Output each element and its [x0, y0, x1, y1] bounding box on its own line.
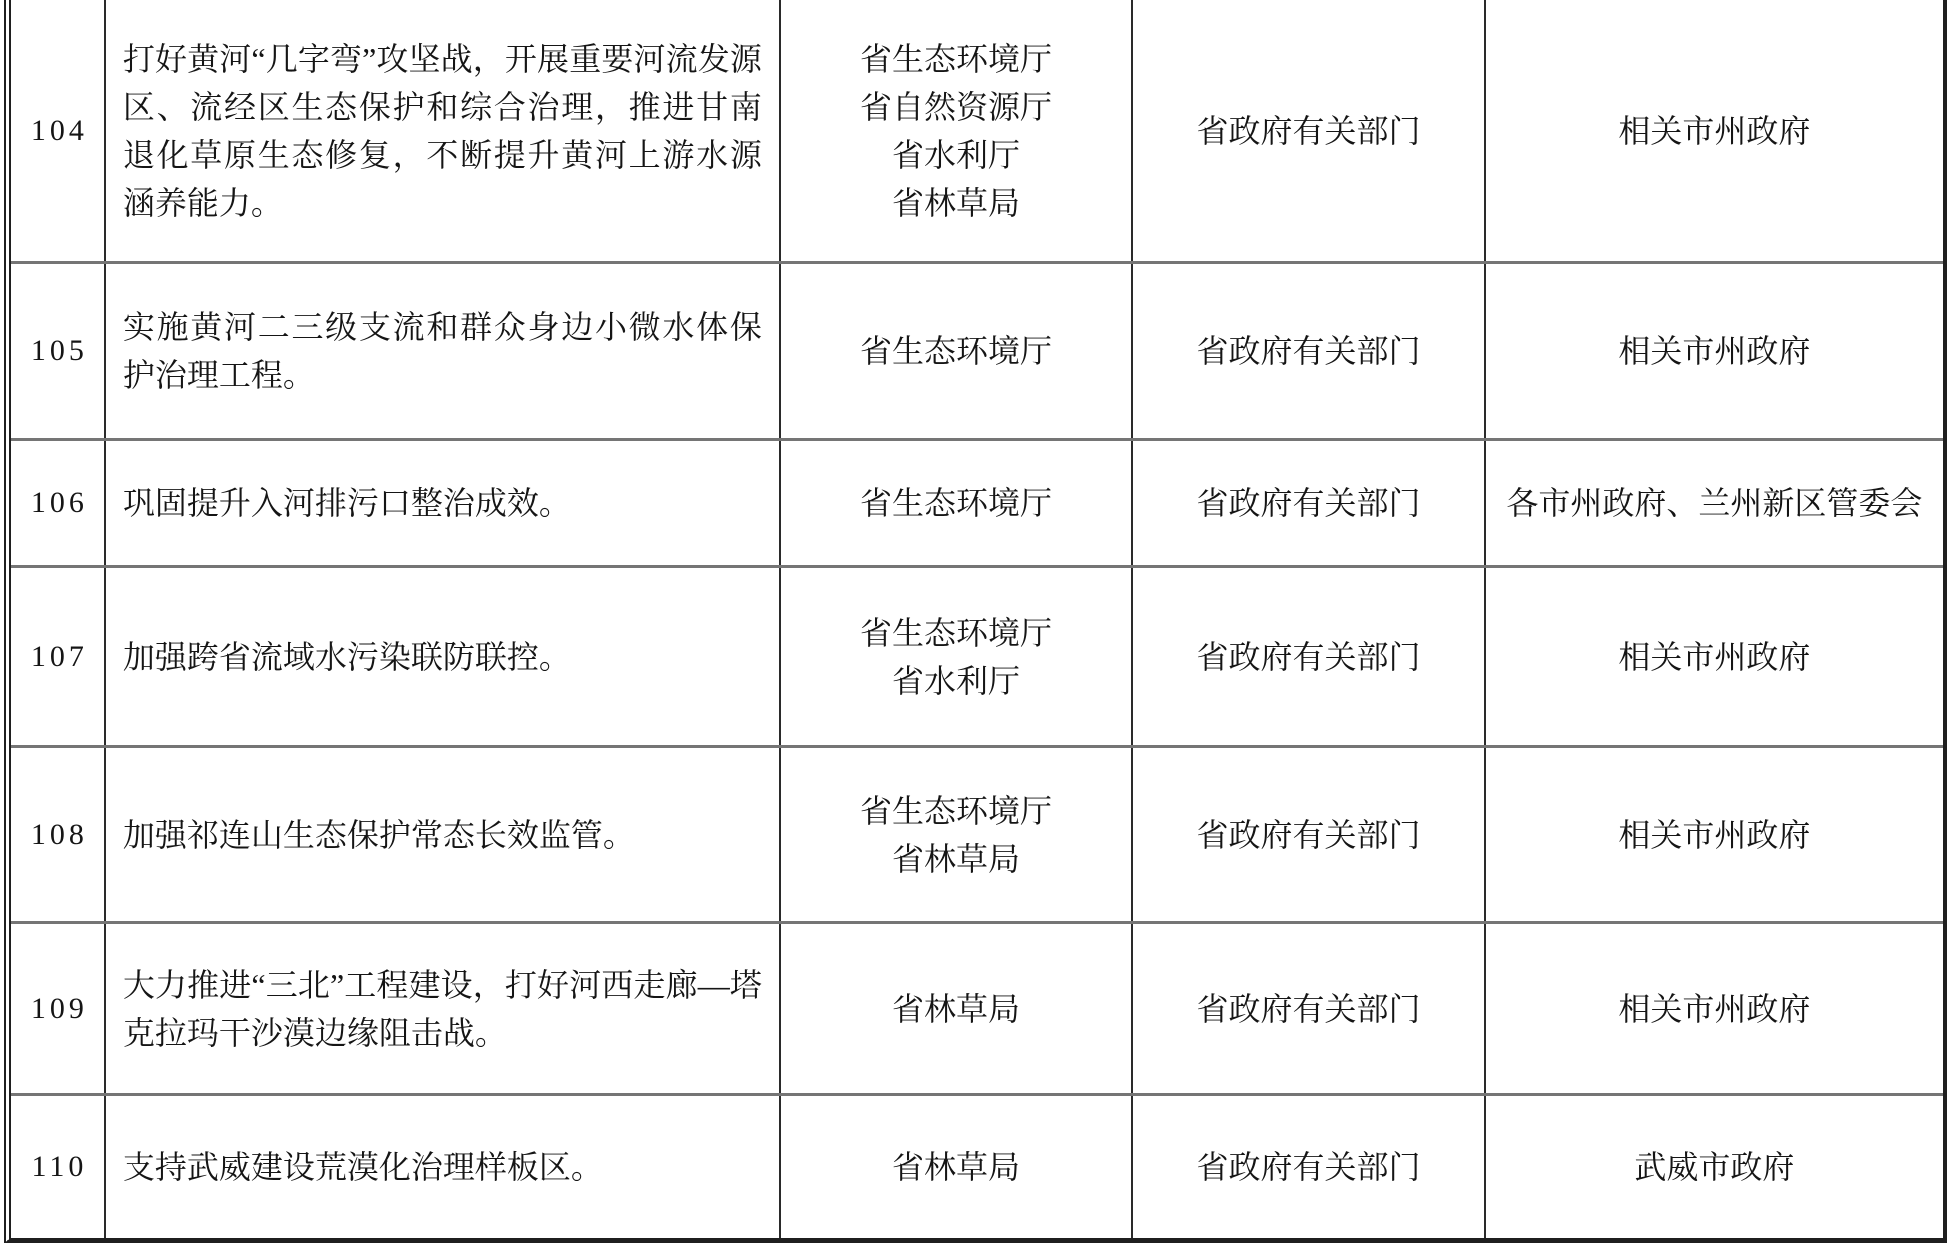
- table-row: 105 实施黄河二三级支流和群众身边小微水体保护治理工程。 省生态环境厅 省政府…: [11, 264, 1943, 441]
- table-row: 106 巩固提升入河排污口整治成效。 省生态环境厅 省政府有关部门 各市州政府、…: [11, 441, 1943, 568]
- coordination-cell: 省政府有关部门: [1133, 1096, 1485, 1238]
- coordination-cell: 省政府有关部门: [1133, 441, 1485, 565]
- department-cell: 省林草局: [781, 924, 1133, 1093]
- department-name: 省自然资源厅: [860, 83, 1052, 131]
- department-name: 省林草局: [892, 835, 1020, 883]
- row-number-cell: 110: [11, 1096, 106, 1238]
- coordination-text: 省政府有关部门: [1196, 985, 1420, 1033]
- department-cell: 省生态环境厅 省林草局: [781, 748, 1133, 921]
- implementation-cell: 武威市政府: [1486, 1096, 1943, 1238]
- task-text: 加强跨省流域水污染联防联控。: [123, 633, 762, 681]
- department-name: 省生态环境厅: [860, 609, 1052, 657]
- task-cell: 实施黄河二三级支流和群众身边小微水体保护治理工程。: [106, 264, 781, 438]
- department-cell: 省生态环境厅: [781, 264, 1133, 438]
- coordination-cell: 省政府有关部门: [1133, 568, 1485, 745]
- task-cell: 加强祁连山生态保护常态长效监管。: [106, 748, 781, 921]
- implementation-cell: 相关市州政府: [1486, 748, 1943, 921]
- department-name: 省生态环境厅: [860, 479, 1052, 527]
- department-name: 省生态环境厅: [860, 327, 1052, 375]
- department-name: 省水利厅: [892, 131, 1020, 179]
- implementation-text: 相关市州政府: [1618, 633, 1810, 681]
- implementation-cell: 相关市州政府: [1486, 0, 1943, 261]
- implementation-text: 各市州政府、兰州新区管委会: [1506, 479, 1922, 527]
- coordination-cell: 省政府有关部门: [1133, 924, 1485, 1093]
- department-cell: 省林草局: [781, 1096, 1133, 1238]
- department-name: 省生态环境厅: [860, 787, 1052, 835]
- task-cell: 加强跨省流域水污染联防联控。: [106, 568, 781, 745]
- coordination-text: 省政府有关部门: [1196, 811, 1420, 859]
- implementation-cell: 相关市州政府: [1486, 264, 1943, 438]
- implementation-text: 相关市州政府: [1618, 985, 1810, 1033]
- implementation-cell: 相关市州政府: [1486, 568, 1943, 745]
- row-number: 108: [27, 811, 88, 859]
- coordination-text: 省政府有关部门: [1196, 327, 1420, 375]
- row-number: 106: [27, 479, 88, 527]
- implementation-text: 相关市州政府: [1618, 107, 1810, 155]
- row-number-cell: 107: [11, 568, 106, 745]
- implementation-cell: 各市州政府、兰州新区管委会: [1486, 441, 1943, 565]
- department-cell: 省生态环境厅: [781, 441, 1133, 565]
- row-number: 107: [27, 633, 88, 681]
- coordination-text: 省政府有关部门: [1196, 1143, 1420, 1191]
- action-plan-table: 104 打好黄河“几字弯”攻坚战，开展重要河流发源区、流经区生态保护和综合治理，…: [4, 0, 1947, 1243]
- coordination-text: 省政府有关部门: [1196, 107, 1420, 155]
- department-cell: 省生态环境厅 省水利厅: [781, 568, 1133, 745]
- department-name: 省水利厅: [892, 657, 1020, 705]
- coordination-cell: 省政府有关部门: [1133, 748, 1485, 921]
- task-cell: 支持武威建设荒漠化治理样板区。: [106, 1096, 781, 1238]
- row-number-cell: 108: [11, 748, 106, 921]
- coordination-cell: 省政府有关部门: [1133, 0, 1485, 261]
- task-cell: 巩固提升入河排污口整治成效。: [106, 441, 781, 565]
- department-name: 省生态环境厅: [860, 35, 1052, 83]
- row-number-cell: 104: [11, 0, 106, 261]
- table-row: 108 加强祁连山生态保护常态长效监管。 省生态环境厅 省林草局 省政府有关部门…: [11, 748, 1943, 924]
- row-number-cell: 106: [11, 441, 106, 565]
- coordination-cell: 省政府有关部门: [1133, 264, 1485, 438]
- row-number: 109: [27, 985, 88, 1033]
- department-name: 省林草局: [892, 179, 1020, 227]
- table-row: 110 支持武威建设荒漠化治理样板区。 省林草局 省政府有关部门 武威市政府: [11, 1096, 1943, 1238]
- row-number-cell: 105: [11, 264, 106, 438]
- department-name: 省林草局: [892, 1143, 1020, 1191]
- task-text: 支持武威建设荒漠化治理样板区。: [123, 1143, 762, 1191]
- task-text: 实施黄河二三级支流和群众身边小微水体保护治理工程。: [123, 303, 762, 399]
- row-number: 104: [27, 107, 88, 155]
- implementation-cell: 相关市州政府: [1486, 924, 1943, 1093]
- task-text: 加强祁连山生态保护常态长效监管。: [123, 811, 762, 859]
- implementation-text: 武威市政府: [1634, 1143, 1794, 1191]
- row-number-cell: 109: [11, 924, 106, 1093]
- table-row: 109 大力推进“三北”工程建设，打好河西走廊—塔克拉玛干沙漠边缘阻击战。 省林…: [11, 924, 1943, 1096]
- task-text: 巩固提升入河排污口整治成效。: [123, 479, 762, 527]
- row-number: 105: [27, 327, 88, 375]
- task-cell: 大力推进“三北”工程建设，打好河西走廊—塔克拉玛干沙漠边缘阻击战。: [106, 924, 781, 1093]
- coordination-text: 省政府有关部门: [1196, 633, 1420, 681]
- table-row: 104 打好黄河“几字弯”攻坚战，开展重要河流发源区、流经区生态保护和综合治理，…: [11, 0, 1943, 264]
- task-text: 大力推进“三北”工程建设，打好河西走廊—塔克拉玛干沙漠边缘阻击战。: [123, 961, 762, 1057]
- task-text: 打好黄河“几字弯”攻坚战，开展重要河流发源区、流经区生态保护和综合治理，推进甘南…: [123, 35, 762, 227]
- row-number: 110: [27, 1143, 87, 1191]
- task-cell: 打好黄河“几字弯”攻坚战，开展重要河流发源区、流经区生态保护和综合治理，推进甘南…: [106, 0, 781, 261]
- coordination-text: 省政府有关部门: [1196, 479, 1420, 527]
- implementation-text: 相关市州政府: [1618, 811, 1810, 859]
- department-cell: 省生态环境厅 省自然资源厅 省水利厅 省林草局: [781, 0, 1133, 261]
- department-name: 省林草局: [892, 985, 1020, 1033]
- table-row: 107 加强跨省流域水污染联防联控。 省生态环境厅 省水利厅 省政府有关部门 相…: [11, 568, 1943, 748]
- implementation-text: 相关市州政府: [1618, 327, 1810, 375]
